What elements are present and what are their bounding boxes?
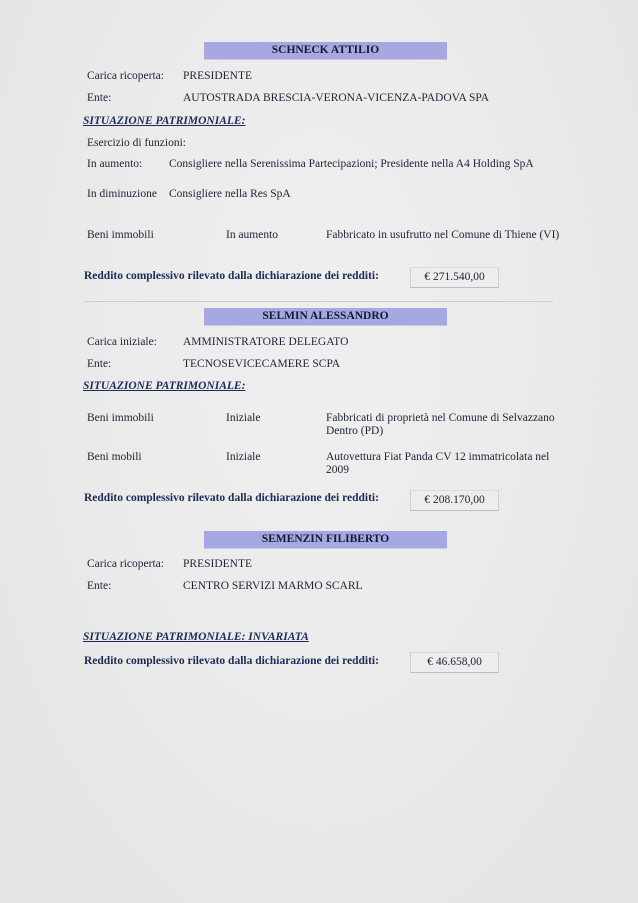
- function-change-label: In diminuzione: [87, 188, 157, 200]
- patrimonial-section-title: SITUAZIONE PATRIMONIALE:: [83, 380, 245, 392]
- entity-value: TECNOSEVICECAMERE SCPA: [183, 358, 340, 370]
- income-label: Reddito complessivo rilevato dalla dichi…: [84, 270, 379, 282]
- role-value: PRESIDENTE: [183, 558, 252, 570]
- asset-status: In aumento: [226, 229, 278, 241]
- section-divider: [84, 301, 553, 302]
- asset-status: Iniziale: [226, 451, 260, 463]
- asset-description: Fabbricato in usufrutto nel Comune di Th…: [326, 229, 566, 242]
- income-amount: € 46.658,00: [410, 652, 499, 673]
- function-change-value: Consigliere nella Serenissima Partecipaz…: [169, 158, 534, 170]
- role-label: Carica ricoperta:: [87, 70, 164, 82]
- person-name-header: SELMIN ALESSANDRO: [204, 308, 447, 326]
- function-change-value: Consigliere nella Res SpA: [169, 188, 291, 200]
- entity-value: CENTRO SERVIZI MARMO SCARL: [183, 580, 363, 592]
- asset-status: Iniziale: [226, 412, 260, 424]
- functions-label: Esercizio di funzioni:: [87, 137, 186, 149]
- patrimonial-section-title: SITUAZIONE PATRIMONIALE: INVARIATA: [83, 631, 309, 643]
- entity-value: AUTOSTRADA BRESCIA-VERONA-VICENZA-PADOVA…: [183, 92, 489, 104]
- income-amount: € 208.170,00: [410, 490, 499, 511]
- role-value: AMMINISTRATORE DELEGATO: [183, 336, 348, 348]
- entity-label: Ente:: [87, 580, 111, 592]
- role-label: Carica iniziale:: [87, 336, 157, 348]
- person-name-header: SCHNECK ATTILIO: [204, 42, 447, 60]
- role-label: Carica ricoperta:: [87, 558, 164, 570]
- person-name-header: SEMENZIN FILIBERTO: [204, 531, 447, 549]
- income-amount: € 271.540,00: [410, 267, 499, 288]
- function-change-label: In aumento:: [87, 158, 142, 170]
- income-label: Reddito complessivo rilevato dalla dichi…: [84, 492, 379, 504]
- asset-description: Autovettura Fiat Panda CV 12 immatricola…: [326, 451, 566, 477]
- asset-type: Beni mobili: [87, 451, 142, 463]
- income-label: Reddito complessivo rilevato dalla dichi…: [84, 655, 379, 667]
- asset-type: Beni immobili: [87, 412, 154, 424]
- asset-type: Beni immobili: [87, 229, 154, 241]
- patrimonial-section-title: SITUAZIONE PATRIMONIALE:: [83, 115, 245, 127]
- entity-label: Ente:: [87, 358, 111, 370]
- asset-description: Fabbricati di proprietà nel Comune di Se…: [326, 412, 566, 438]
- entity-label: Ente:: [87, 92, 111, 104]
- role-value: PRESIDENTE: [183, 70, 252, 82]
